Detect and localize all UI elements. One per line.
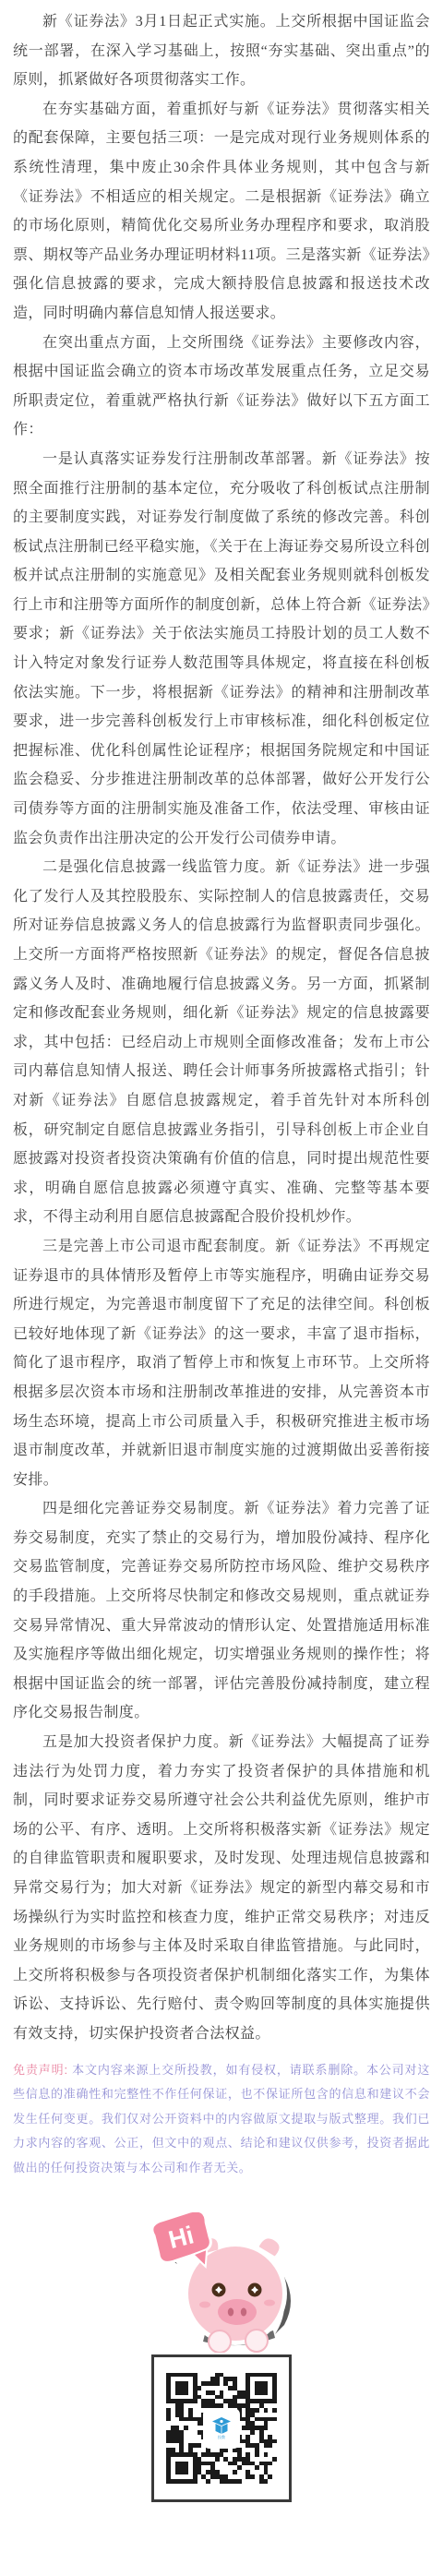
qr-code-frame: 投教 — [151, 2354, 292, 2502]
bottom-whitespace — [13, 2502, 430, 2576]
article: 新《证券法》3月1日起正式实施。上交所根据中国证监会统一部署，在深入学习基础上，… — [0, 0, 443, 2576]
disclaimer-text: 本文内容来源上交所投教，如有侵权，请联系删除。本公司对这些信息的准确性和完整性不… — [13, 2063, 430, 2175]
article-paragraph: 在夯实基础方面，着重抓好与新《证券法》贯彻落实相关的配套保障，主要包括三项：一是… — [13, 95, 430, 329]
footer: Hi 投教 — [13, 2212, 430, 2502]
pig-hoof-left — [209, 2330, 231, 2353]
qr-center-logo: 投教 — [205, 2410, 238, 2447]
pig-hoof-right — [245, 2330, 268, 2352]
article-paragraph: 二是强化信息披露一线监管力度。新《证券法》进一步强化了发行人及其控股股东、实际控… — [13, 853, 430, 1232]
disclaimer: 免责声明: 本文内容来源上交所投教，如有侵权，请联系删除。本公司对这些信息的准确… — [13, 2058, 430, 2181]
pig-snout — [218, 2299, 257, 2325]
article-body: 新《证券法》3月1日起正式实施。上交所根据中国证监会统一部署，在深入学习基础上，… — [13, 7, 430, 2049]
article-paragraph: 四是细化完善证券交易制度。新《证券法》着力完善了证券交易制度，充实了禁止的交易行… — [13, 1494, 430, 1728]
disclaimer-label: 免责声明: — [13, 2063, 68, 2077]
pig-nostril-right — [241, 2307, 246, 2316]
graduation-cap-box-icon — [211, 2416, 232, 2435]
qr-logo-caption: 投教 — [218, 2435, 225, 2439]
pig-nostril-left — [228, 2307, 233, 2316]
pig-blush-right — [264, 2299, 275, 2306]
pig-mascot-illustration: Hi — [129, 2212, 314, 2353]
article-paragraph: 五是加大投资者保护力度。新《证券法》大幅提高了证券违法行为处罚力度，着力夯实了投… — [13, 1728, 430, 2049]
pig-blush-left — [199, 2301, 210, 2307]
article-paragraph: 新《证券法》3月1日起正式实施。上交所根据中国证监会统一部署，在深入学习基础上，… — [13, 7, 430, 95]
article-paragraph: 三是完善上市公司退市配套制度。新《证券法》不再规定证券退市的具体情形及暂停上市等… — [13, 1232, 430, 1494]
pig-mascot: Hi — [129, 2212, 314, 2353]
article-paragraph: 一是认真落实证券发行注册制改革部署。新《证券法》按照全面推行注册制的基本定位，充… — [13, 445, 430, 853]
article-paragraph: 在突出重点方面，上交所围绕《证券法》主要修改内容，根据中国证监会确立的资本市场改… — [13, 329, 430, 445]
